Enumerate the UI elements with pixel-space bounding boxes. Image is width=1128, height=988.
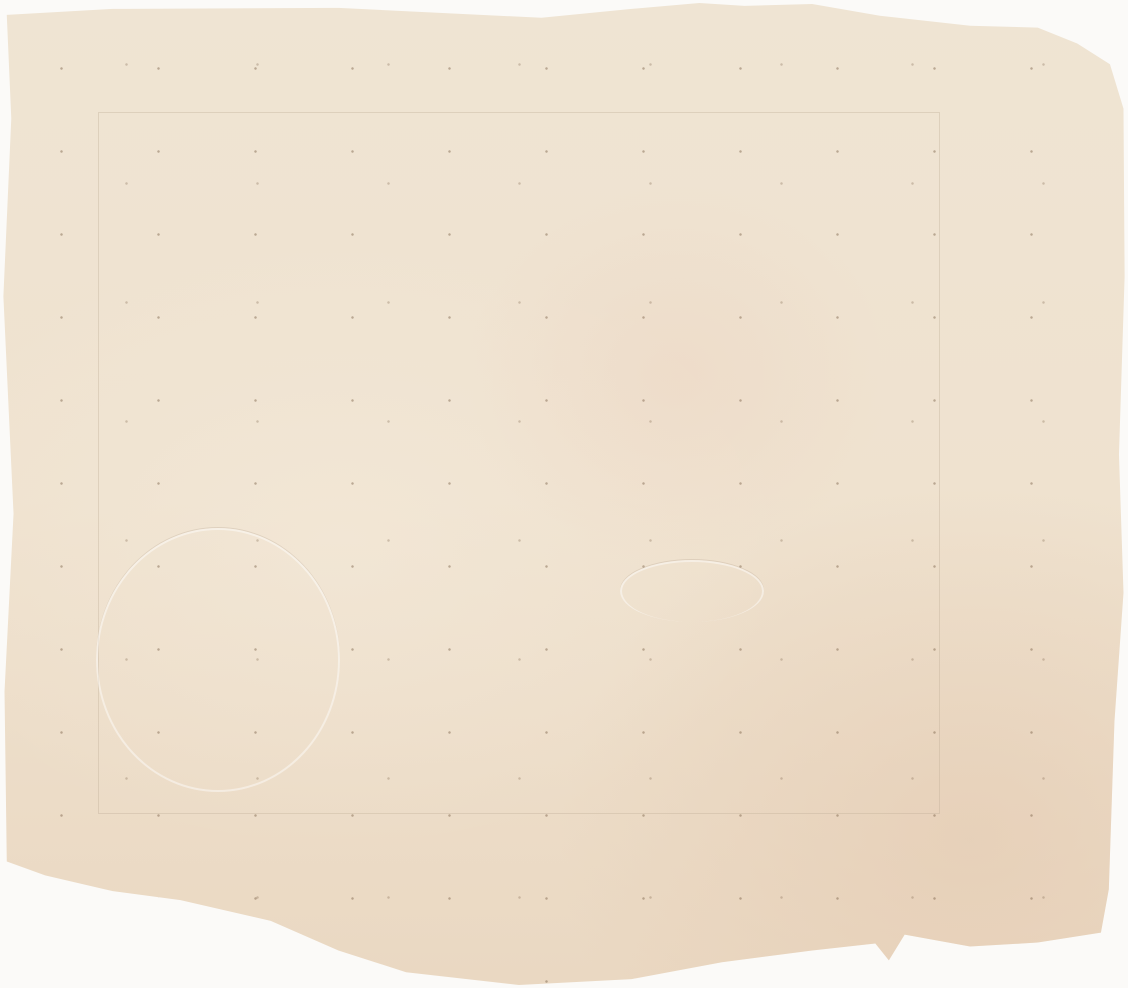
embossed-seal-right: [620, 560, 764, 622]
photo-scene: [0, 0, 1128, 988]
aged-paper-sheet: [0, 0, 1128, 988]
embossed-seal-left: [96, 528, 340, 792]
